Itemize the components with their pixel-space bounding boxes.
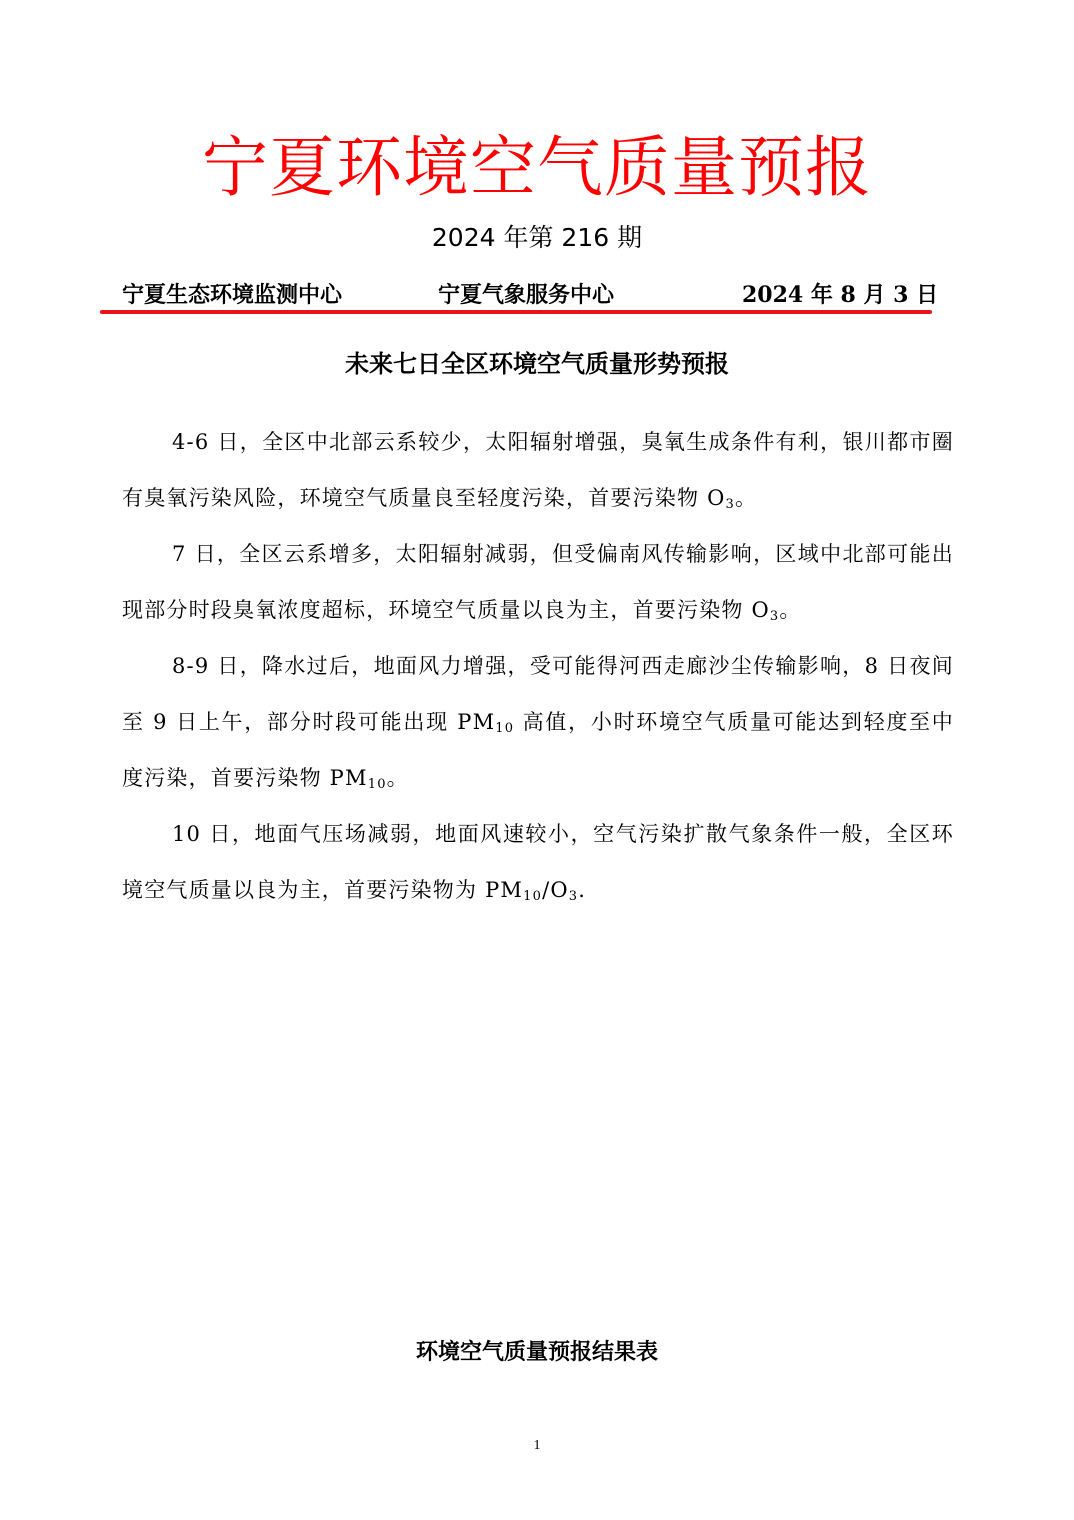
results-table-title: 环境空气质量预报结果表: [0, 1336, 1074, 1370]
paragraph-day-10: 10 日，地面气压场减弱，地面风速较小，空气污染扩散气象条件一般，全区环境空气质…: [122, 806, 954, 918]
paragraph-day-7: 7 日，全区云系增多，太阳辐射减弱，但受偏南风传输影响，区域中北部可能出现部分时…: [122, 526, 954, 638]
page-number: 1: [0, 1436, 1074, 1456]
issuer-line: 宁夏生态环境监测中心 宁夏气象服务中心 2024 年 8 月 3 日: [122, 278, 922, 312]
issuer-ecology-monitoring-center: 宁夏生态环境监测中心: [122, 278, 342, 312]
issuer-meteorological-service-center: 宁夏气象服务中心: [438, 278, 614, 312]
paragraph-days-8-9: 8-9 日，降水过后，地面风力增强，受可能得河西走廊沙尘传输影响，8 日夜间至 …: [122, 638, 954, 806]
paragraph-days-4-6: 4-6 日，全区中北部云系较少，太阳辐射增强，臭氧生成条件有利，银川都市圈有臭氧…: [122, 414, 954, 526]
document-page: 宁夏环境空气质量预报 2024 年第 216 期 宁夏生态环境监测中心 宁夏气象…: [0, 0, 1074, 1520]
masthead-title: 宁夏环境空气质量预报: [0, 128, 1074, 208]
issue-date: 2024 年 8 月 3 日: [742, 278, 938, 312]
issue-number: 2024 年第 216 期: [0, 220, 1074, 256]
forecast-body: 4-6 日，全区中北部云系较少，太阳辐射增强，臭氧生成条件有利，银川都市圈有臭氧…: [122, 414, 954, 918]
section-title: 未来七日全区环境空气质量形势预报: [0, 346, 1074, 382]
red-divider: [100, 310, 932, 314]
